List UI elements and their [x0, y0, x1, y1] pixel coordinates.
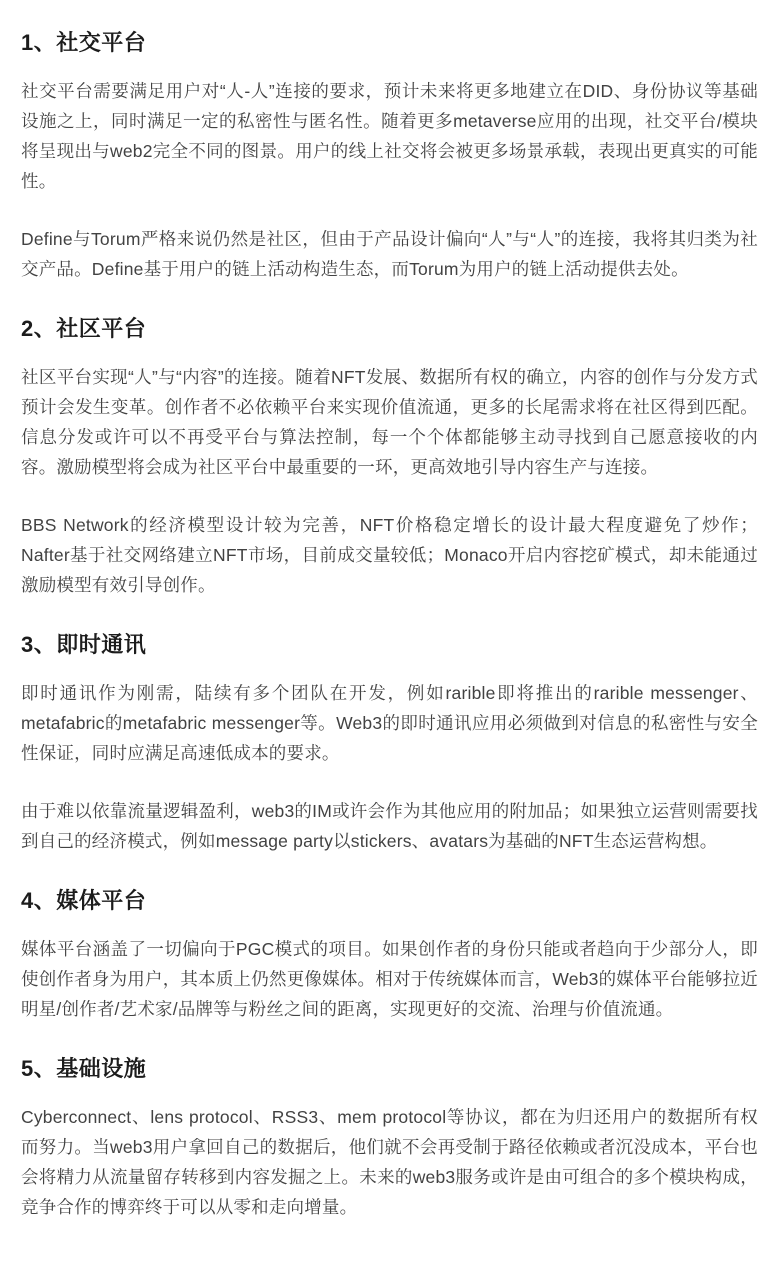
section-heading: 1、社交平台	[21, 28, 758, 58]
section-infrastructure: 5、基础设施 Cyberconnect、lens protocol、RSS3、m…	[21, 1054, 758, 1222]
section-paragraph: 社交平台需要满足用户对“人-人”连接的要求，预计未来将更多地建立在DID、身份协…	[21, 76, 758, 196]
section-social-platform: 1、社交平台 社交平台需要满足用户对“人-人”连接的要求，预计未来将更多地建立在…	[21, 28, 758, 284]
section-media-platform: 4、媒体平台 媒体平台涵盖了一切偏向于PGC模式的项目。如果创作者的身份只能或者…	[21, 886, 758, 1024]
section-heading: 3、即时通讯	[21, 630, 758, 660]
section-paragraph: 由于难以依靠流量逻辑盈利，web3的IM或许会作为其他应用的附加品；如果独立运营…	[21, 796, 758, 856]
section-paragraph: BBS Network的经济模型设计较为完善，NFT价格稳定增长的设计最大程度避…	[21, 510, 758, 600]
section-community-platform: 2、社区平台 社区平台实现“人”与“内容”的连接。随着NFT发展、数据所有权的确…	[21, 314, 758, 600]
section-paragraph: 即时通讯作为刚需，陆续有多个团队在开发，例如rarible即将推出的raribl…	[21, 678, 758, 768]
article: 1、社交平台 社交平台需要满足用户对“人-人”连接的要求，预计未来将更多地建立在…	[0, 0, 779, 1266]
section-paragraph: Cyberconnect、lens protocol、RSS3、mem prot…	[21, 1102, 758, 1222]
section-instant-messaging: 3、即时通讯 即时通讯作为刚需，陆续有多个团队在开发，例如rarible即将推出…	[21, 630, 758, 856]
section-heading: 2、社区平台	[21, 314, 758, 344]
section-heading: 5、基础设施	[21, 1054, 758, 1084]
section-paragraph: Define与Torum严格来说仍然是社区，但由于产品设计偏向“人”与“人”的连…	[21, 224, 758, 284]
section-paragraph: 媒体平台涵盖了一切偏向于PGC模式的项目。如果创作者的身份只能或者趋向于少部分人…	[21, 934, 758, 1024]
section-heading: 4、媒体平台	[21, 886, 758, 916]
section-paragraph: 社区平台实现“人”与“内容”的连接。随着NFT发展、数据所有权的确立，内容的创作…	[21, 362, 758, 482]
